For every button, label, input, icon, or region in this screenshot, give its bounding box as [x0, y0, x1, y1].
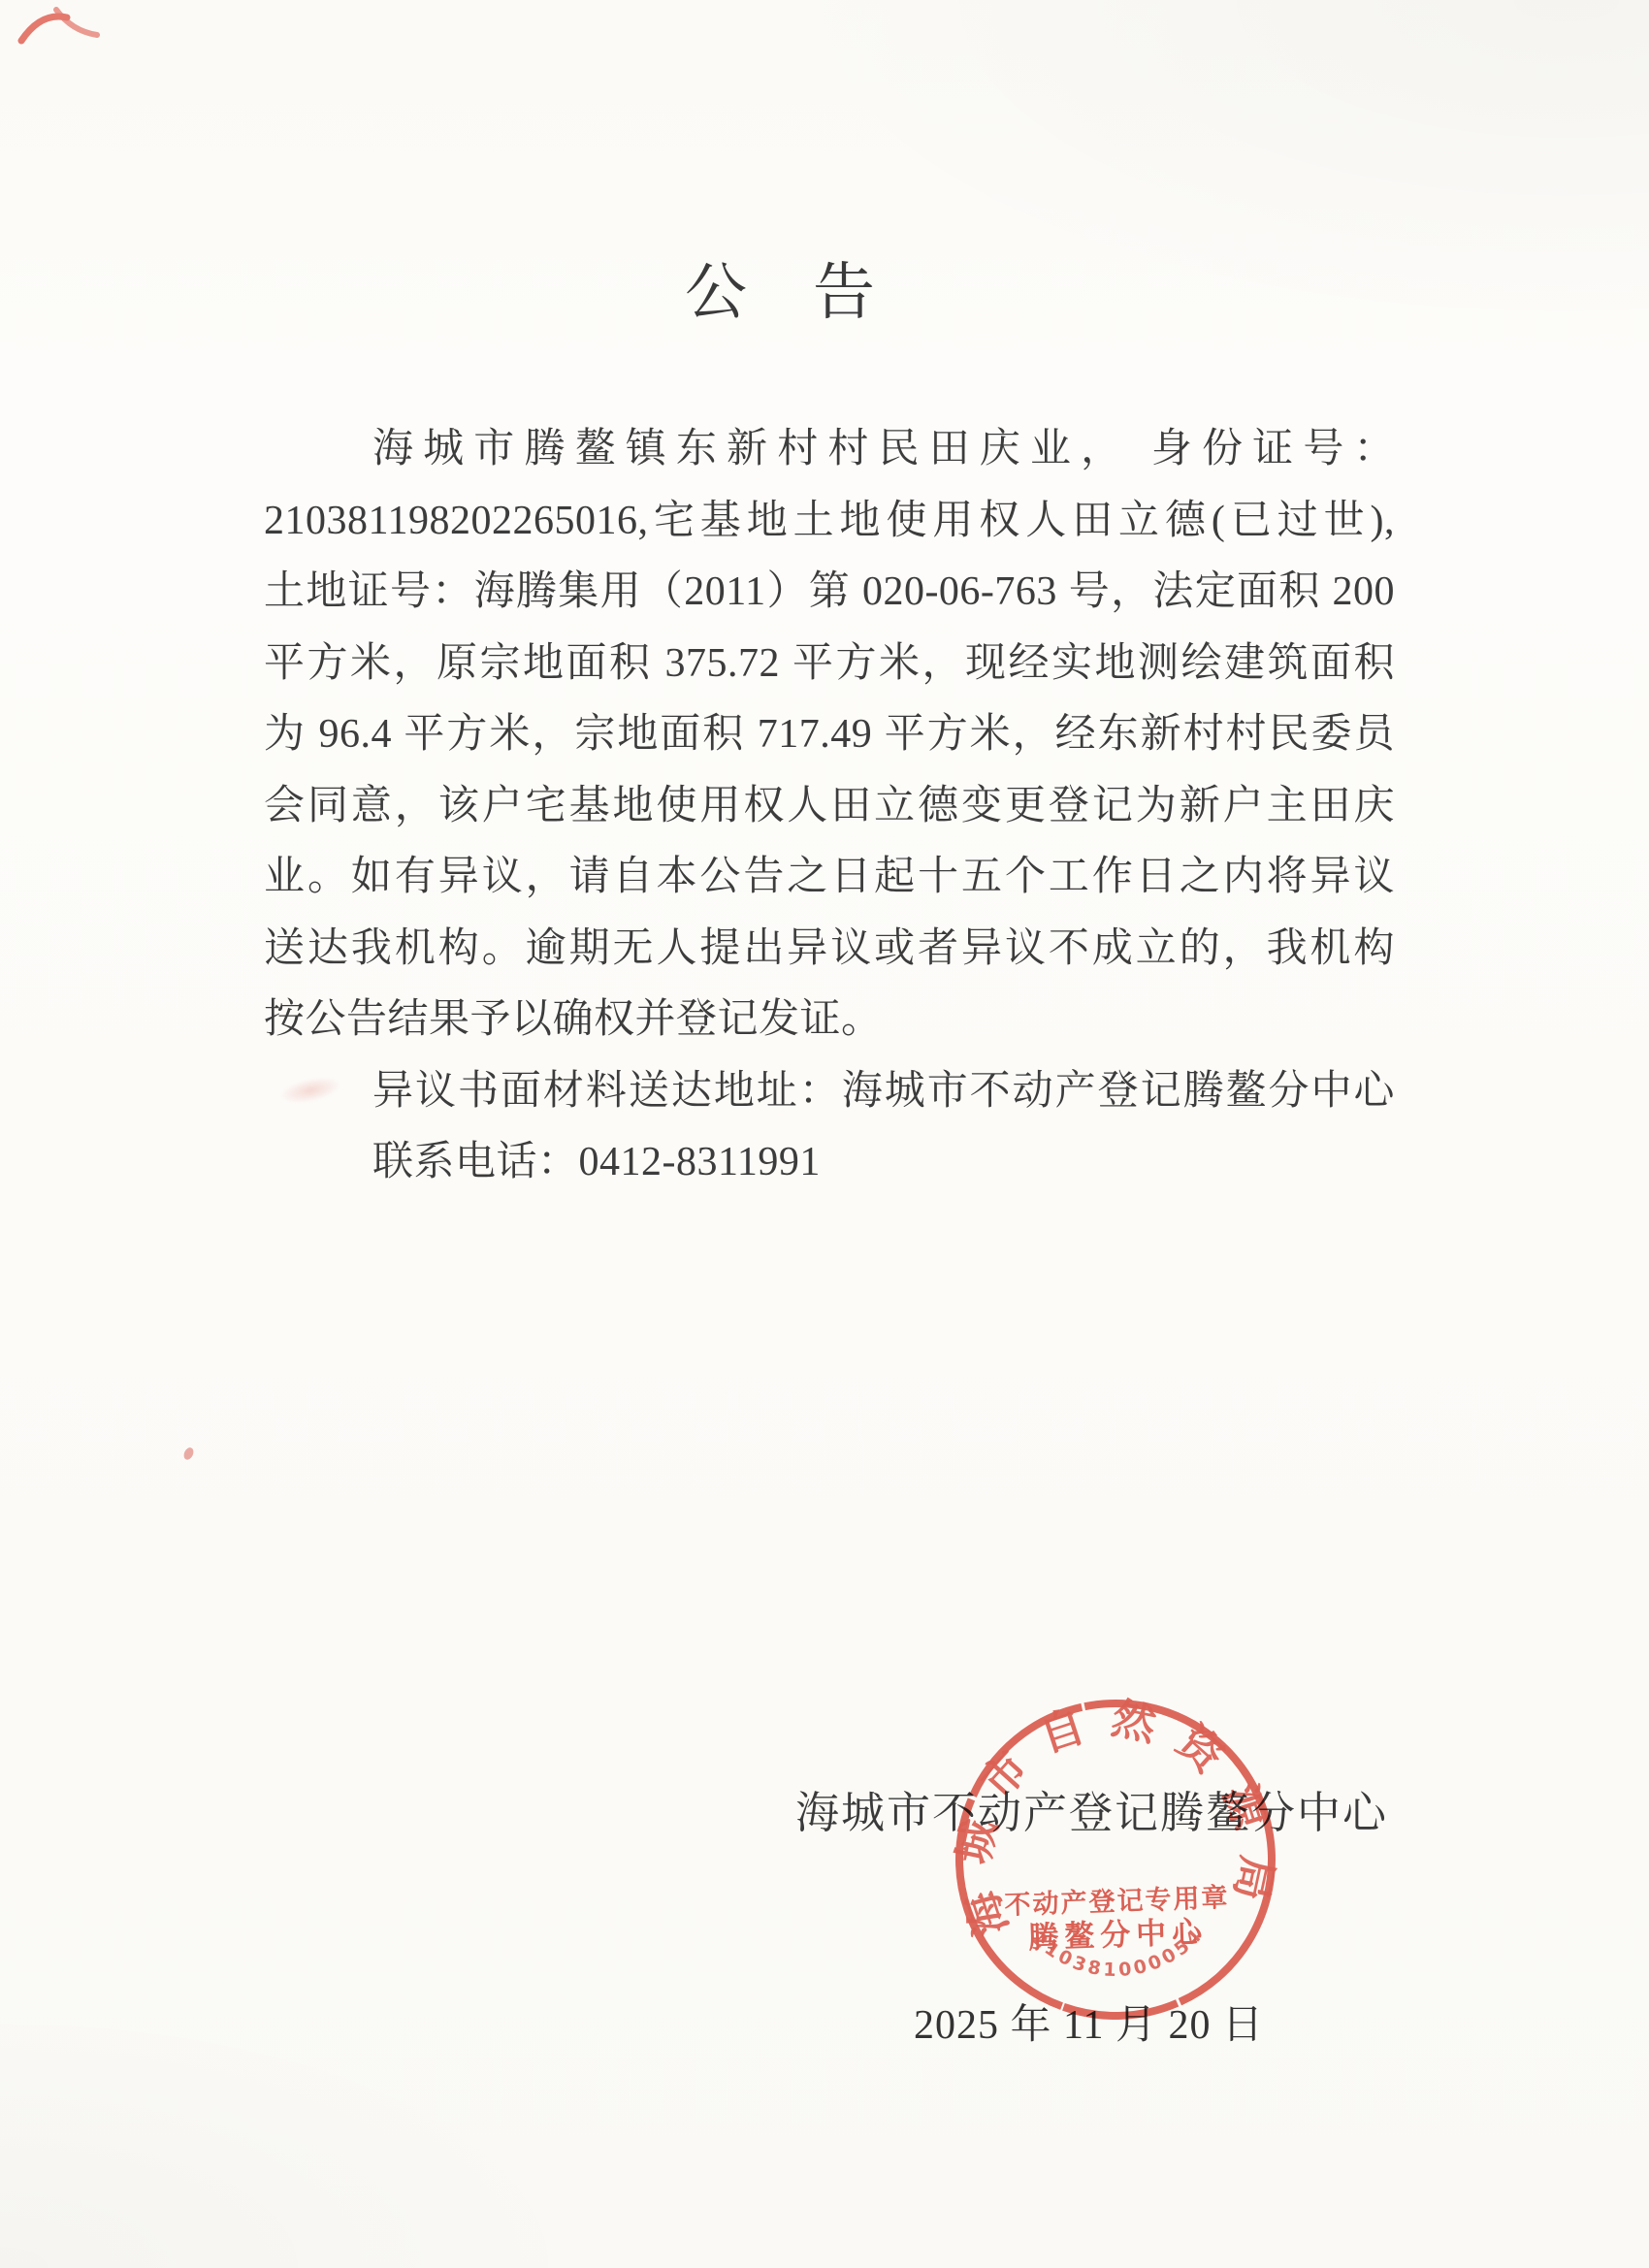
ink-speck — [182, 1446, 196, 1462]
document-page: 公 告 海城市腾鳌镇东新村村民田庆业， 身份证号： 21038119820226… — [0, 0, 1649, 2268]
announcement-body: 海城市腾鳌镇东新村村民田庆业， 身份证号： 210381198202265016… — [264, 414, 1395, 1199]
body-line: 业。如有异议，请自本公告之日起十五个工作日之内将异议 — [264, 842, 1395, 914]
body-line: 送达我机构。逾期无人提出异议或者异议不成立的，我机构 — [264, 914, 1395, 986]
body-line: 土地证号：海腾集用（2011）第 020-06-763 号，法定面积 200 — [264, 557, 1395, 629]
body-line: 异议书面材料送达地址：海城市不动产登记腾鳌分中心 — [264, 1056, 1395, 1128]
body-line: 会同意，该户宅基地使用权人田立德变更登记为新户主田庆 — [264, 771, 1395, 843]
announcement-title: 公 告 — [0, 243, 1562, 332]
body-line: 按公告结果予以确权并登记发证。 — [264, 985, 1395, 1056]
red-pen-mark — [14, 2, 120, 70]
official-seal: 海城市自然资源局 不动产登记专用章 腾鳌分中心 210381000054316 — [945, 1689, 1286, 2030]
body-line: 为 96.4 平方米，宗地面积 717.49 平方米，经东新村村民委员 — [264, 699, 1395, 771]
body-line: 平方米，原宗地面积 375.72 平方米，现经实地测绘建筑面积 — [264, 629, 1395, 700]
body-line: 海城市腾鳌镇东新村村民田庆业， 身份证号： — [264, 414, 1395, 486]
body-line: 210381198202265016,宅基地土地使用权人田立德(已过世), — [264, 486, 1395, 558]
body-line: 联系电话：0412-8311991 — [264, 1127, 1395, 1199]
